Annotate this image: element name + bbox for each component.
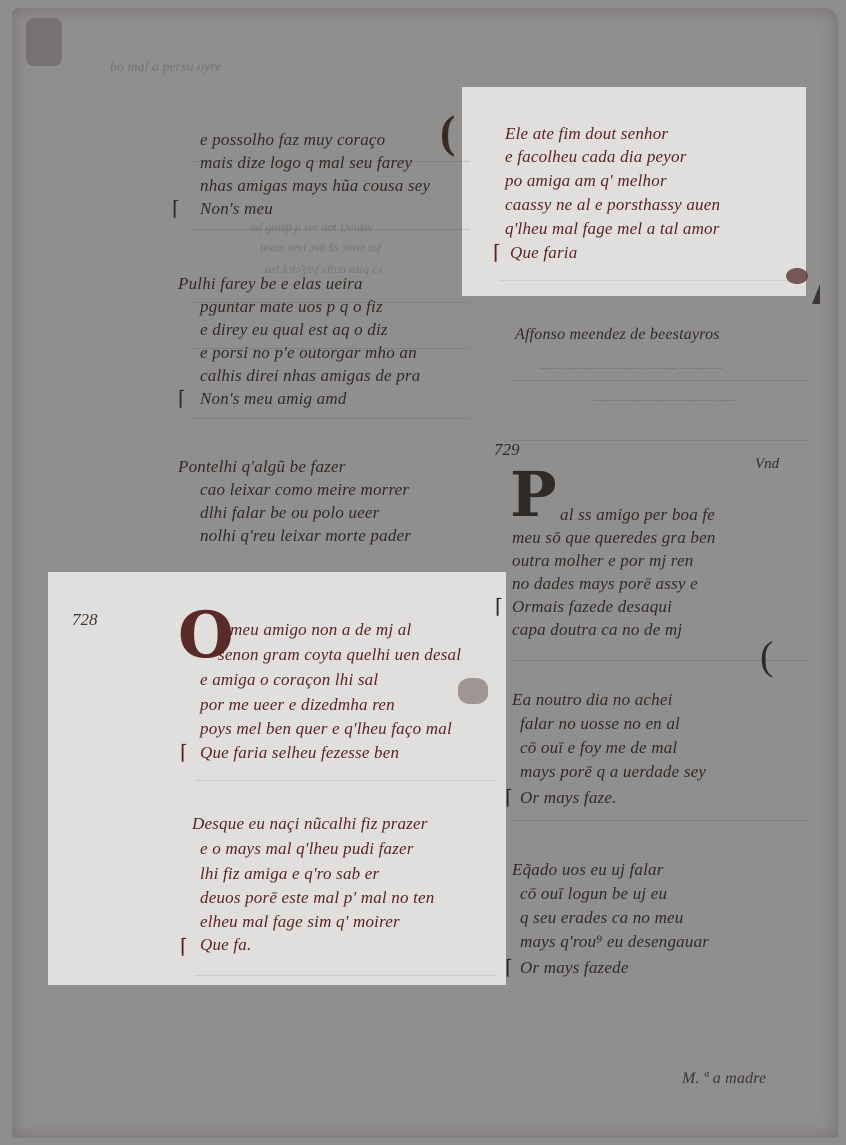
- refrain-mark-icon: ⌈: [178, 386, 186, 411]
- verse-line: poys mel ben quer e q'lheu faço mal: [200, 719, 452, 739]
- poem-number: 729: [494, 440, 520, 460]
- refrain-mark-icon: ⌈: [505, 955, 513, 980]
- refrain-line: Non's meu: [200, 199, 273, 219]
- header-ghost-text: bo mal a persu oyre: [110, 60, 221, 76]
- poem-number: 728: [72, 610, 98, 630]
- verse-line: po amiga am q' melhor: [505, 171, 667, 191]
- verse-line: senon gram coyta quelhi uen desal: [218, 645, 461, 665]
- ink-blot: [786, 268, 808, 284]
- bleed-through-text: ——— ————— ——— ——: [590, 392, 738, 407]
- refrain-mark-icon: ⌈: [493, 240, 501, 265]
- refrain-line: Que faria: [510, 243, 577, 263]
- signature: M. ª a madre: [682, 1070, 766, 1088]
- verse-line: outra molher e por mj ren: [512, 551, 693, 571]
- verse-line: e o mays mal q'lheu pudi fazer: [200, 839, 414, 859]
- verse-line: e direy eu qual est aq o diz: [200, 320, 388, 340]
- verse-line: cao leixar como meire morrer: [200, 480, 409, 500]
- verse-line: mays porē q a uerdade sey: [520, 762, 706, 782]
- verse-line: Pulhi farey be e elas ueira: [178, 274, 363, 294]
- refrain-mark-icon: ⌈: [495, 594, 503, 619]
- verse-line: mays q'rou⁹ eu desengauar: [520, 932, 709, 952]
- verse-line: deuos porē este mal p' mal no ten: [200, 888, 435, 908]
- verse-line: Desque eu naçi nũcalhi fiz prazer: [192, 814, 428, 834]
- verse-line: Ele ate fim dout senhor: [505, 124, 668, 144]
- decorated-initial-icon: (: [440, 105, 455, 158]
- verse-line: e amiga o coraçon lhi sal: [200, 670, 378, 690]
- verse-line: q seu erades ca no meu: [520, 908, 684, 928]
- refrain-line: Que faria selheu fezesse ben: [200, 743, 399, 763]
- verse-line: e porsi no p'e outorgar mho an: [200, 343, 417, 363]
- verse-line: dlhi falar be ou polo ueer: [200, 503, 379, 523]
- verse-line: meu amigo non a de mj al: [230, 620, 411, 640]
- verse-line: no dades mays porē assy e: [512, 574, 698, 594]
- verse-line: por me ueer e dizedmha ren: [200, 695, 395, 715]
- margin-note: Vnd: [755, 456, 779, 473]
- refrain-mark-icon: ⌈: [505, 785, 513, 810]
- verse-line: pguntar mate uos p q o fiz: [200, 297, 383, 317]
- corner-stain: [26, 18, 62, 66]
- verse-line: falar no uosse no en al: [520, 714, 680, 734]
- verse-line: meu sō que queredes gra ben: [512, 528, 716, 548]
- verse-line: cō ouī e foy me de mal: [520, 738, 677, 758]
- refrain-mark-icon: ⌈: [172, 196, 180, 221]
- margin-bracket-icon: (: [760, 632, 773, 679]
- refrain-line: Or mays faze.: [520, 788, 617, 808]
- verse-line: e possolho faz muy coraço: [200, 130, 385, 150]
- bleed-through-text: —— ———— ——— ——— ————: [540, 360, 723, 375]
- author-rubric: Affonso meendez de beestayros: [515, 326, 720, 344]
- bleed-through-text: usem sevi ɔsit s̃s ɔmse ssf: [260, 240, 381, 255]
- bleed-through-text: ssf gnisp̃ p ser uo̴t Deidsy: [250, 220, 373, 235]
- verse-line: calhis direi nhas amigas de pra: [200, 366, 420, 386]
- refrain-line: Que fa.: [200, 935, 251, 955]
- refrain-line: Non's meu amig amd: [200, 389, 347, 409]
- verse-line: Pontelhi q'algũ be fazer: [178, 457, 346, 477]
- refrain-line: capa doutra ca no de mj: [512, 620, 682, 640]
- verse-line: caassy ne al e porsthassy auen: [505, 195, 720, 215]
- verse-line: elheu mal fage sim q' moirer: [200, 912, 400, 932]
- refrain-mark-icon: ⌈: [180, 934, 188, 959]
- page-notch: [812, 284, 820, 304]
- verse-line: cō ouī logun be uj eu: [520, 884, 667, 904]
- verse-line: nolhi q'reu leixar morte pader: [200, 526, 411, 546]
- verse-line: nhas amigas mays hũa cousa sey: [200, 176, 430, 196]
- refrain-mark-icon: ⌈: [180, 740, 188, 765]
- ink-smudge: [458, 678, 488, 704]
- refrain-line: Or mays fazede: [520, 958, 629, 978]
- verse-line: Ea noutro dia no achei: [512, 690, 673, 710]
- refrain-line: Ormais fazede desaqui: [512, 597, 672, 617]
- highlight-region-top-right: [462, 87, 806, 296]
- verse-line: q'lheu mal fage mel a tal amor: [505, 219, 720, 239]
- verse-line: mais dize logo q mal seu farey: [200, 153, 412, 173]
- verse-line: Eq̃ado uos eu uj falar: [512, 860, 664, 880]
- decorated-initial-icon: P: [510, 458, 557, 531]
- verse-line: e facolheu cada dia peyor: [505, 147, 687, 167]
- verse-line: lhi fiz amiga e q'ro sab er: [200, 864, 379, 884]
- verse-line: al ss amigo per boa fe: [560, 505, 715, 525]
